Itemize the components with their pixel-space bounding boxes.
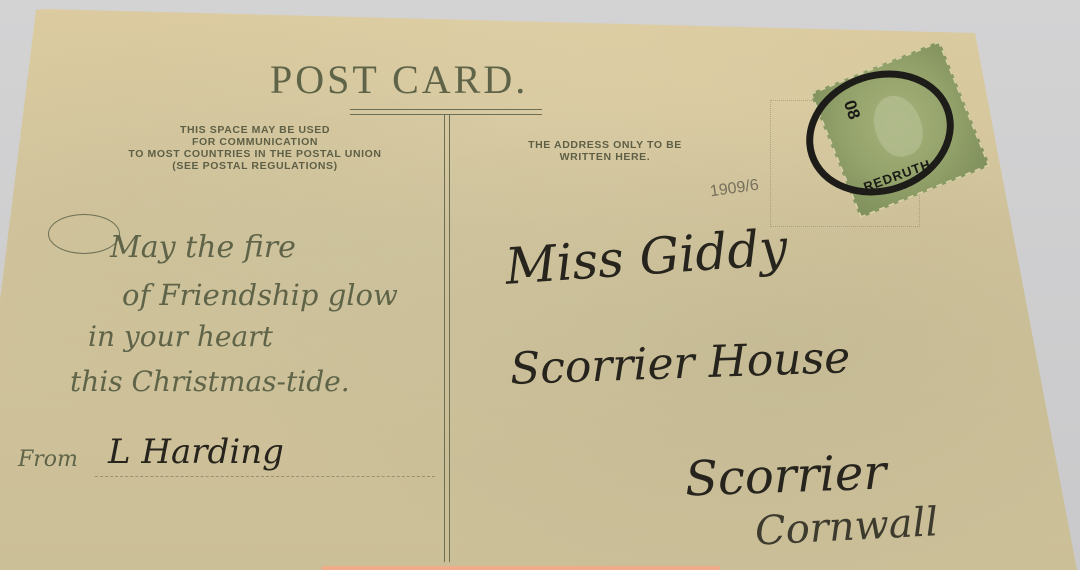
underlying-paper-strip bbox=[322, 566, 720, 570]
postcard-title: POST CARD. bbox=[270, 56, 528, 103]
communication-instructions: THIS SPACE MAY BE USED FOR COMMUNICATION… bbox=[80, 124, 430, 172]
postcard: POST CARD. THIS SPACE MAY BE USED FOR CO… bbox=[0, 0, 1080, 570]
verse-line: this Christmas-tide. bbox=[70, 365, 350, 398]
instruction-line: WRITTEN HERE. bbox=[480, 151, 730, 163]
instruction-line: THE ADDRESS ONLY TO BE bbox=[480, 139, 730, 151]
address-line-recipient: Miss Giddy bbox=[503, 218, 789, 296]
instruction-line: THIS SPACE MAY BE USED bbox=[80, 124, 430, 136]
address-line-house: Scorrier House bbox=[509, 332, 851, 395]
divider-rule-horizontal bbox=[350, 109, 542, 110]
divider-rule-horizontal bbox=[350, 114, 542, 115]
address-instructions: THE ADDRESS ONLY TO BE WRITTEN HERE. bbox=[480, 139, 730, 163]
address-line-county: Cornwall bbox=[754, 499, 939, 555]
address-line-town: Scorrier bbox=[684, 445, 887, 508]
verse-line: in your heart bbox=[88, 320, 273, 353]
from-label: From bbox=[18, 447, 78, 472]
instruction-line: (SEE POSTAL REGULATIONS) bbox=[80, 160, 430, 172]
from-signature-line bbox=[95, 476, 435, 477]
instruction-line: FOR COMMUNICATION bbox=[80, 136, 430, 148]
verse-line: May the fire bbox=[110, 230, 296, 265]
pencil-note: 1909/6 bbox=[709, 177, 760, 202]
verse-line: of Friendship glow bbox=[122, 278, 398, 312]
instruction-line: TO MOST COUNTRIES IN THE POSTAL UNION bbox=[80, 148, 430, 160]
divider-rule-vertical bbox=[444, 115, 445, 562]
divider-rule-vertical bbox=[449, 115, 450, 562]
sender-signature: L Harding bbox=[108, 432, 284, 472]
